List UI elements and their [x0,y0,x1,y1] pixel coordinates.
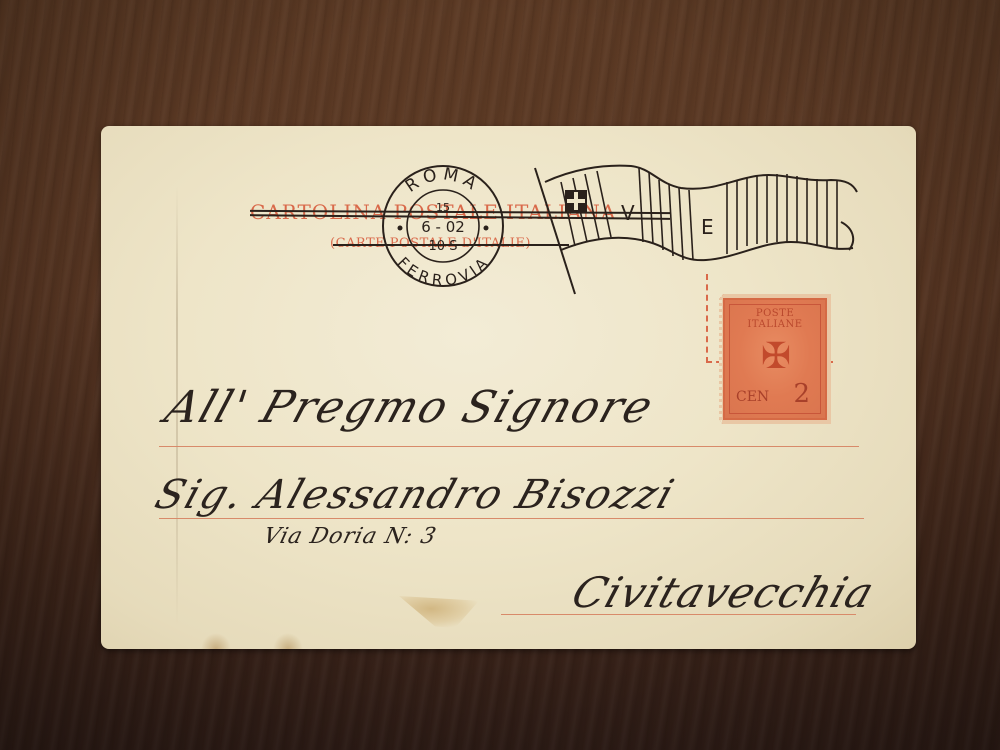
edge-stain [201,633,231,649]
postmark-roma-ferrovia: ROMA FERROVIA 15 6 - 02 10 S [379,162,507,290]
water-stain [399,596,479,628]
flag-cancellation-icon: V E [531,162,861,302]
svg-text:15: 15 [436,201,450,214]
address-street: Via Doria N: 3 [261,524,439,549]
stamp-top-text: POSTE ITALIANE [730,308,820,330]
postcard: CARTOLINA POSTALE ITALIANA (CARTE POSTAL… [101,126,916,649]
svg-text:V: V [621,201,635,225]
svg-text:ROMA: ROMA [402,164,484,197]
svg-text:FERROVIA: FERROVIA [394,254,492,290]
svg-text:E: E [701,215,714,239]
address-city: Civitavecchia [566,568,881,617]
svg-text:6 - 02: 6 - 02 [421,218,465,236]
postage-stamp: POSTE ITALIANE ✠ CEN 2 [719,294,831,424]
stamp-value: 2 [793,379,810,409]
stamp-denomination-label: CEN [736,389,769,405]
edge-stain [273,633,303,649]
address-salutation: All' Pregmo Signore [159,382,661,433]
address-recipient-name: Sig. Alessandro Bisozzi [150,472,681,518]
address-rule-line [159,518,864,519]
stamp-frame: POSTE ITALIANE ✠ CEN 2 [729,304,821,414]
svg-text:10 S: 10 S [429,239,458,254]
address-rule-line [159,446,859,447]
eagle-icon: ✠ [760,335,792,379]
